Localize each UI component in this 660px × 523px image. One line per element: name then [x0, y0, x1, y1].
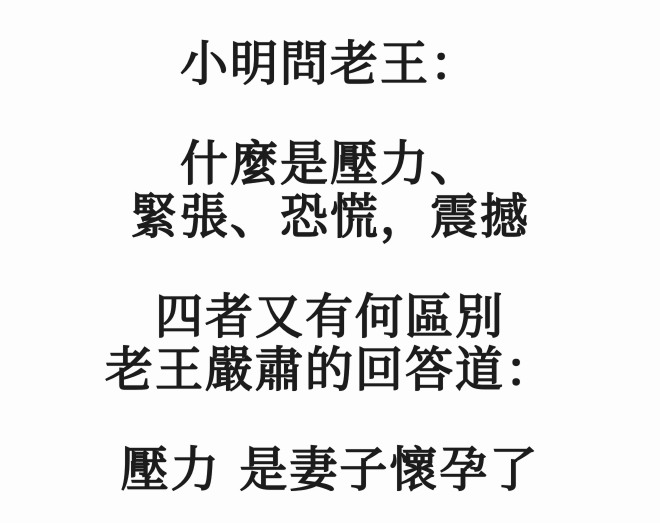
meme-line-5: 老王嚴肅的回答道： [105, 344, 555, 397]
text-group-question-terms: 什麼是壓力、 緊張、恐慌，震撼 [130, 138, 530, 244]
meme-line-6: 壓力 是妻子懷孕了 [121, 444, 540, 497]
meme-image: 小明問老王： 什麼是壓力、 緊張、恐慌，震撼 四者又有何區別 老王嚴肅的回答道：… [0, 0, 660, 523]
meme-line-3: 緊張、恐慌，震撼 [130, 191, 530, 244]
text-group-punchline: 壓力 是妻子懷孕了 [121, 444, 540, 497]
meme-line-4: 四者又有何區別 [105, 291, 555, 344]
text-group-question-and-reply-intro: 四者又有何區別 老王嚴肅的回答道： [105, 291, 555, 397]
meme-line-1: 小明問老王： [180, 38, 480, 91]
meme-line-2: 什麼是壓力、 [130, 138, 530, 191]
text-group-question-intro: 小明問老王： [180, 38, 480, 91]
